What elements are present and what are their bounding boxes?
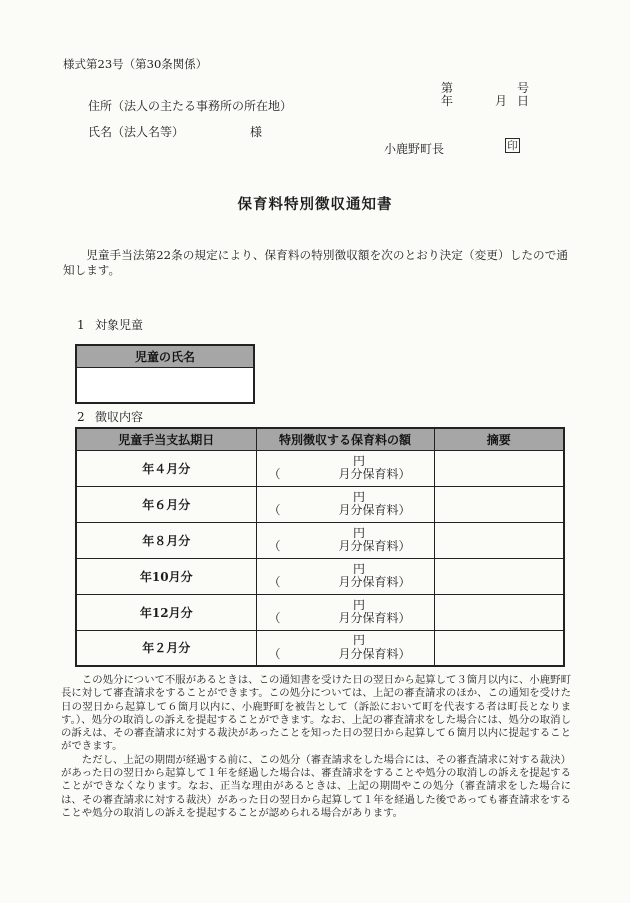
seal-placeholder: 印 xyxy=(505,138,520,153)
paren-label: 月分保育料） xyxy=(338,612,410,626)
amount-cell: 円 （月分保育料） xyxy=(256,630,434,666)
amount-paren-line: （月分保育料） xyxy=(257,576,434,590)
remark-cell xyxy=(434,558,564,594)
target-children-table: 児童の氏名 xyxy=(75,344,255,404)
paren-label: 月分保育料） xyxy=(338,468,410,482)
honorific-label: 様 xyxy=(250,123,262,140)
table-row: 年４月分 円 （月分保育料） xyxy=(76,450,564,486)
paren-open: （ xyxy=(269,648,281,662)
period-cell: 年12月分 xyxy=(76,594,256,630)
period-cell: 年８月分 xyxy=(76,522,256,558)
appeal-notes: この処分について不服があるときは、この通知書を受けた日の翌日から起算して３箇月以… xyxy=(61,674,571,820)
amount-paren-line: （月分保育料） xyxy=(257,468,434,482)
document-title: 保育料特別徴収通知書 xyxy=(0,193,630,214)
period-cell: 年４月分 xyxy=(76,450,256,486)
paren-label: 月分保育料） xyxy=(338,648,410,662)
remark-cell xyxy=(434,630,564,666)
amount-paren-line: （月分保育料） xyxy=(257,540,434,554)
payment-period-header: 児童手当支払期日 xyxy=(76,428,256,450)
amount-unit-label: 円 xyxy=(257,455,434,469)
table-row xyxy=(76,367,254,403)
paren-open: （ xyxy=(269,504,281,518)
amount-paren-line: （月分保育料） xyxy=(257,504,434,518)
paren-open: （ xyxy=(269,612,281,626)
amount-unit-label: 円 xyxy=(257,491,434,505)
paren-label: 月分保育料） xyxy=(338,540,410,554)
section2-title: 徴収内容 xyxy=(95,410,143,424)
section1-heading: 1対象児童 xyxy=(77,316,143,333)
amount-header: 特別徴収する保育料の額 xyxy=(256,428,434,450)
table-header-row: 児童手当支払期日 特別徴収する保育料の額 摘要 xyxy=(76,428,564,450)
table-row: 年６月分 円 （月分保育料） xyxy=(76,486,564,522)
table-row: 年12月分 円 （月分保育料） xyxy=(76,594,564,630)
date-year-label: 年 xyxy=(441,92,453,109)
paren-label: 月分保育料） xyxy=(338,576,410,590)
name-label: 氏名（法人名等） xyxy=(88,123,184,140)
appeal-note-paragraph-2: ただし、上記の期間が経過する前に、この処分（審査請求をした場合には、その審査請求… xyxy=(61,754,571,820)
amount-unit-label: 円 xyxy=(257,599,434,613)
amount-cell: 円 （月分保育料） xyxy=(256,594,434,630)
period-cell: 年６月分 xyxy=(76,486,256,522)
section1-number: 1 xyxy=(77,318,95,332)
amount-cell: 円 （月分保育料） xyxy=(256,486,434,522)
table-header-row: 児童の氏名 xyxy=(76,345,254,367)
document-page: 様式第23号（第30条関係） 第 号 年 月 日 住所（法人の主たる事務所の所在… xyxy=(0,0,630,903)
form-number: 様式第23号（第30条関係） xyxy=(63,56,207,72)
section2-number: 2 xyxy=(77,410,95,424)
amount-paren-line: （月分保育料） xyxy=(257,648,434,662)
paren-open: （ xyxy=(269,468,281,482)
child-name-cell xyxy=(76,367,254,403)
amount-unit-label: 円 xyxy=(257,527,434,541)
table-row: 年８月分 円 （月分保育料） xyxy=(76,522,564,558)
amount-unit-label: 円 xyxy=(257,563,434,577)
date-day-label: 日 xyxy=(517,92,529,109)
amount-paren-line: （月分保育料） xyxy=(257,612,434,626)
amount-cell: 円 （月分保育料） xyxy=(256,522,434,558)
collection-details-table: 児童手当支払期日 特別徴収する保育料の額 摘要 年４月分 円 （月分保育料） 年… xyxy=(75,427,565,667)
address-label: 住所（法人の主たる事務所の所在地） xyxy=(88,97,292,114)
remark-cell xyxy=(434,450,564,486)
period-cell: 年２月分 xyxy=(76,630,256,666)
intro-paragraph: 児童手当法第22条の規定により、保育料の特別徴収額を次のとおり決定（変更）したの… xyxy=(63,248,568,277)
amount-unit-label: 円 xyxy=(257,634,434,648)
remark-header: 摘要 xyxy=(434,428,564,450)
amount-cell: 円 （月分保育料） xyxy=(256,558,434,594)
child-name-header: 児童の氏名 xyxy=(76,345,254,367)
remark-cell xyxy=(434,522,564,558)
section1-title: 対象児童 xyxy=(95,318,143,332)
section2-heading: 2徴収内容 xyxy=(77,408,143,425)
paren-label: 月分保育料） xyxy=(338,504,410,518)
amount-cell: 円 （月分保育料） xyxy=(256,450,434,486)
table-row: 年10月分 円 （月分保育料） xyxy=(76,558,564,594)
remark-cell xyxy=(434,594,564,630)
paren-open: （ xyxy=(269,576,281,590)
remark-cell xyxy=(434,486,564,522)
mayor-title: 小鹿野町長 xyxy=(384,140,444,157)
table-row: 年２月分 円 （月分保育料） xyxy=(76,630,564,666)
paren-open: （ xyxy=(269,540,281,554)
appeal-note-paragraph-1: この処分について不服があるときは、この通知書を受けた日の翌日から起算して３箇月以… xyxy=(61,674,571,754)
period-cell: 年10月分 xyxy=(76,558,256,594)
date-month-label: 月 xyxy=(495,92,507,109)
